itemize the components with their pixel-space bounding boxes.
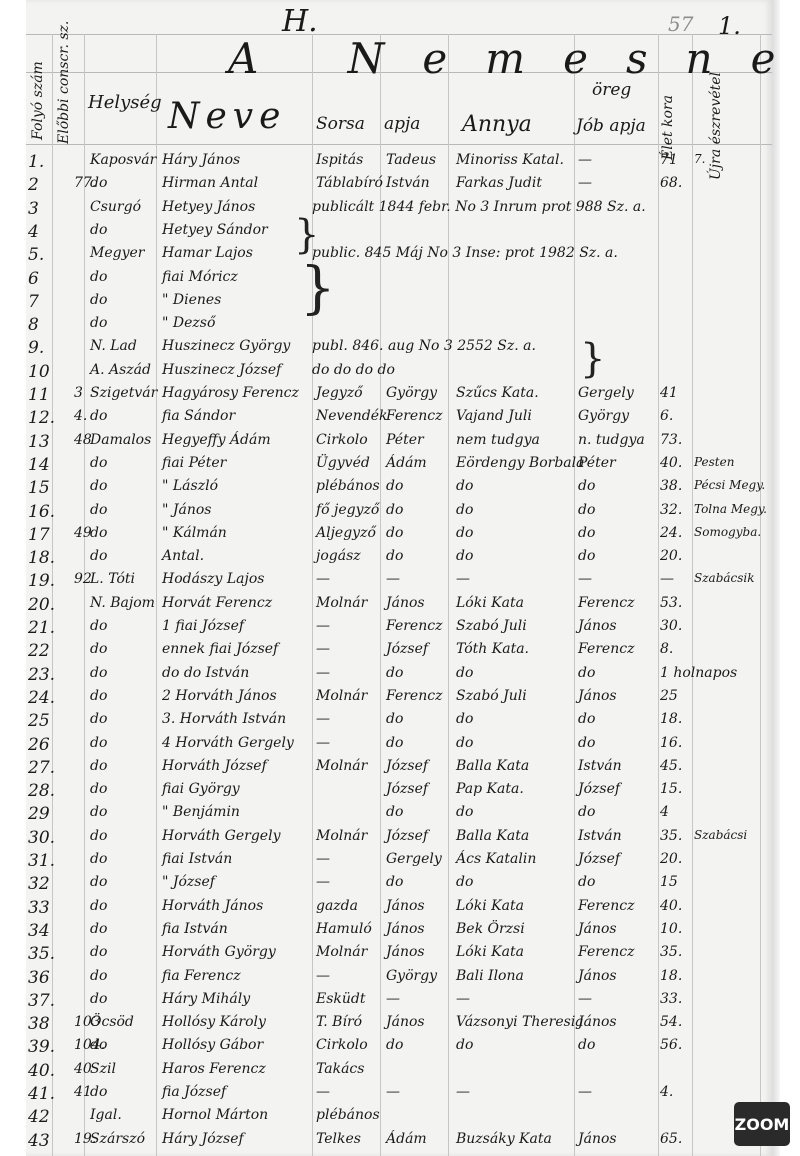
header-elobbi-conscr: Előbbi conscr. sz. — [56, 21, 72, 144]
mother-cell: nem tudgya — [456, 432, 540, 448]
row-number: 33 — [28, 898, 50, 918]
father-cell: József — [386, 781, 428, 797]
table-row: 37.doHáry MihályEsküdt———33. — [26, 991, 772, 1014]
place-cell: N. Bajom — [90, 595, 155, 611]
age-cell: 41 — [660, 385, 678, 401]
rank-cell: Cirkolo — [316, 1037, 368, 1053]
rank-cell: — — [316, 1084, 330, 1100]
table-row: 5.MegyerHamar Lajospublic. 845 Máj No 3 … — [26, 245, 772, 268]
table-row: 25do3. Horváth István—dododo18. — [26, 711, 772, 734]
row-number: 39. — [28, 1037, 55, 1057]
table-row: 41.41dofia József————4. — [26, 1084, 772, 1107]
header-anyja: Annya — [462, 112, 532, 137]
name-cell: " János — [162, 502, 211, 518]
father-cell: István — [386, 175, 430, 191]
age-cell: 4 — [660, 804, 669, 820]
rank-cell: Táblabíró — [316, 175, 383, 191]
name-cell: " Dezső — [162, 315, 215, 331]
note-cell: Szabácsi — [694, 828, 747, 842]
page-number-faint: 57 — [668, 12, 693, 36]
place-cell: do — [90, 944, 107, 960]
table-row: 32do" József—dododo15 — [26, 874, 772, 897]
header-sorsa: Sorsa — [316, 114, 365, 134]
mother-cell: do — [456, 1037, 473, 1053]
name-cell: 2 Horváth János — [162, 688, 277, 704]
table-row: 40.40SzilHaros FerenczTakács — [26, 1061, 772, 1084]
name-cell: Horvát Ferencz — [162, 595, 272, 611]
table-row: 7do" Dienes — [26, 292, 772, 315]
mother-cell: Lóki Kata — [456, 898, 524, 914]
row-number: 34 — [28, 921, 50, 941]
row-number: 43 — [28, 1131, 50, 1151]
father-cell: György — [386, 968, 437, 984]
grandfather-cell: do — [578, 478, 595, 494]
place-cell: Megyer — [90, 245, 144, 261]
father-cell: Gergely — [386, 851, 442, 867]
grandfather-cell: do — [578, 711, 595, 727]
row-number: 30. — [28, 828, 55, 848]
father-cell: do — [386, 478, 403, 494]
row-number: 14 — [28, 455, 50, 475]
place-cell: do — [90, 688, 107, 704]
note-cell: Pesten — [694, 455, 734, 469]
rank-cell: Hamuló — [316, 921, 372, 937]
age-cell: 38. — [660, 478, 682, 494]
place-cell: do — [90, 828, 107, 844]
page-edge — [772, 0, 780, 1156]
age-cell: 68. — [660, 175, 682, 191]
table-row: 22doennek fiai József—JózsefTóth Kata.Fe… — [26, 641, 772, 664]
previous-census-number: 4. — [74, 408, 87, 424]
name-cell: fiai Móricz — [162, 269, 238, 285]
name-cell: Horváth György — [162, 944, 276, 960]
rank-cell: Jegyző — [316, 385, 363, 401]
grandfather-cell: István — [578, 828, 622, 844]
father-cell: do — [386, 525, 403, 541]
grandfather-cell: Ferencz — [578, 641, 634, 657]
name-cell: Háry János — [162, 152, 240, 168]
row-number: 16. — [28, 502, 55, 522]
row-number: 11 — [28, 385, 50, 405]
father-cell: Tadeus — [386, 152, 436, 168]
row-number: 18. — [28, 548, 55, 568]
rank-cell: Ispitás — [316, 152, 363, 168]
rank-cell: — — [316, 735, 330, 751]
place-cell: A. Aszád — [90, 362, 151, 378]
age-cell: 15 — [660, 874, 678, 890]
grandfather-cell: Ferencz — [578, 595, 634, 611]
table-row: 31.dofiai István—GergelyÁcs KatalinJózse… — [26, 851, 772, 874]
father-cell: József — [386, 641, 428, 657]
zoom-watermark[interactable]: ZOOM — [734, 1102, 790, 1146]
header-apja: apja — [384, 114, 420, 134]
father-cell: — — [386, 1084, 400, 1100]
name-cell: Hagyárosy Ferencz — [162, 385, 299, 401]
rank-cell: Aljegyző — [316, 525, 376, 541]
name-cell: Hornol Márton — [162, 1107, 268, 1123]
father-cell: János — [386, 595, 425, 611]
place-cell: Szigetvár — [90, 385, 157, 401]
father-cell: József — [386, 828, 428, 844]
father-cell: József — [386, 758, 428, 774]
rank-cell: Molnár — [316, 758, 367, 774]
row-number: 15 — [28, 478, 50, 498]
place-cell: do — [90, 735, 107, 751]
table-row: 19.92L. TótiHodászy Lajos—————Szabácsik — [26, 571, 772, 594]
mother-cell: Lóki Kata — [456, 595, 524, 611]
grandfather-cell: István — [578, 758, 622, 774]
mother-cell: Szabó Juli — [456, 688, 527, 704]
place-cell: do — [90, 758, 107, 774]
place-cell: do — [90, 478, 107, 494]
name-cell: fia Sándor — [162, 408, 235, 424]
father-cell: Ferencz — [386, 688, 442, 704]
publication-note: publicált 1844 febr. No 3 Inrum prot 988… — [312, 199, 646, 215]
father-cell: do — [386, 548, 403, 564]
rank-cell: plébános — [316, 1107, 380, 1123]
name-cell: Háry Mihály — [162, 991, 250, 1007]
rank-cell: — — [316, 711, 330, 727]
rank-cell: plébános — [316, 478, 380, 494]
grandfather-cell: — — [578, 1084, 592, 1100]
grandfather-cell: Ferencz — [578, 898, 634, 914]
mother-cell: — — [456, 571, 470, 587]
rank-cell: Takács — [316, 1061, 364, 1077]
father-cell: — — [386, 571, 400, 587]
note-cell: 7. — [694, 152, 705, 166]
age-cell: 18. — [660, 968, 682, 984]
father-cell: János — [386, 898, 425, 914]
mother-cell: Lóki Kata — [456, 944, 524, 960]
row-number: 37. — [28, 991, 55, 1011]
name-cell: Horváth Gergely — [162, 828, 280, 844]
name-cell: Antal. — [162, 548, 204, 564]
place-cell: do — [90, 968, 107, 984]
place-cell: do — [90, 548, 107, 564]
mother-cell: Farkas Judit — [456, 175, 542, 191]
grandfather-cell: do — [578, 1037, 595, 1053]
row-number: 22 — [28, 641, 50, 661]
row-number: 41. — [28, 1084, 55, 1104]
note-cell: Tolna Megy. — [694, 502, 767, 516]
table-row: 8do" Dezső — [26, 315, 772, 338]
mother-cell: Bek Örzsi — [456, 921, 525, 937]
place-cell: Szil — [90, 1061, 116, 1077]
table-row: 35.doHorváth GyörgyMolnárJánosLóki KataF… — [26, 944, 772, 967]
table-row: 30.doHorváth GergelyMolnárJózsefBalla Ka… — [26, 828, 772, 851]
row-number: 35. — [28, 944, 55, 964]
place-cell: do — [90, 921, 107, 937]
grandfather-cell: n. tudgya — [578, 432, 645, 448]
mother-cell: do — [456, 525, 473, 541]
row-number: 2 — [28, 175, 39, 195]
name-cell: 1 fiai József — [162, 618, 244, 634]
row-number: 29 — [28, 804, 50, 824]
table-row: 23.dodo do István—dododo1 holnapos — [26, 665, 772, 688]
age-cell: 35. — [660, 944, 682, 960]
rank-cell: — — [316, 665, 330, 681]
grandfather-cell: János — [578, 968, 617, 984]
name-cell: Haros Ferencz — [162, 1061, 266, 1077]
row-number: 10 — [28, 362, 50, 382]
mother-cell: do — [456, 548, 473, 564]
mother-cell: Szabó Juli — [456, 618, 527, 634]
previous-census-number: 3 — [74, 385, 83, 401]
name-cell: " Benjámin — [162, 804, 240, 820]
row-number: 21. — [28, 618, 55, 638]
age-cell: 32. — [660, 502, 682, 518]
row-number: 9. — [28, 338, 44, 358]
father-cell: do — [386, 735, 403, 751]
place-cell: do — [90, 991, 107, 1007]
place-cell: do — [90, 1084, 107, 1100]
table-row: 28.dofiai GyörgyJózsefPap Kata.József15. — [26, 781, 772, 804]
place-cell: L. Tóti — [90, 571, 135, 587]
grandfather-cell: János — [578, 618, 617, 634]
grandfather-cell: György — [578, 408, 629, 424]
age-cell: 15. — [660, 781, 682, 797]
table-row: 29do" Benjámindododo4 — [26, 804, 772, 827]
rank-cell: Nevendék — [316, 408, 387, 424]
row-number: 7 — [28, 292, 39, 312]
age-cell: 33. — [660, 991, 682, 1007]
row-number: 24. — [28, 688, 55, 708]
row-number: 38 — [28, 1014, 50, 1034]
grandfather-cell: do — [578, 525, 595, 541]
rank-cell: — — [316, 571, 330, 587]
age-cell: 40. — [660, 898, 682, 914]
rank-cell: Molnár — [316, 944, 367, 960]
row-number: 6 — [28, 269, 39, 289]
table-row: 1348DamalosHegyeffy ÁdámCirkoloPéternem … — [26, 432, 772, 455]
mother-cell: — — [456, 991, 470, 1007]
age-cell: 1 holnapos — [660, 665, 737, 681]
rank-cell: — — [316, 851, 330, 867]
row-number: 32 — [28, 874, 50, 894]
mother-cell: do — [456, 478, 473, 494]
father-cell: György — [386, 385, 437, 401]
age-cell: 45. — [660, 758, 682, 774]
name-cell: fia Ferencz — [162, 968, 241, 984]
place-cell: do — [90, 408, 107, 424]
table-row: 1.KaposvárHáry JánosIspitásTadeusMinoris… — [26, 152, 772, 175]
name-cell: fiai György — [162, 781, 240, 797]
place-cell: do — [90, 222, 107, 238]
grandfather-cell: József — [578, 851, 620, 867]
grandfather-cell: Péter — [578, 455, 616, 471]
age-cell: 56. — [660, 1037, 682, 1053]
place-cell: do — [90, 455, 107, 471]
age-cell: — — [660, 571, 674, 587]
father-cell: Ádám — [386, 1131, 427, 1147]
row-number: 1. — [28, 152, 44, 172]
name-cell: " József — [162, 874, 215, 890]
father-cell: János — [386, 921, 425, 937]
row-number: 42 — [28, 1107, 50, 1127]
place-cell: do — [90, 641, 107, 657]
mother-cell: do — [456, 711, 473, 727]
rank-cell: Telkes — [316, 1131, 361, 1147]
age-cell: 18. — [660, 711, 682, 727]
mother-cell: Balla Kata — [456, 828, 529, 844]
publication-note: public. 845 Máj No 3 Inse: prot 1982 Sz.… — [312, 245, 618, 261]
name-cell: Hegyeffy Ádám — [162, 432, 271, 448]
mother-cell: do — [456, 874, 473, 890]
row-number: 3 — [28, 199, 39, 219]
age-cell: 71 — [660, 152, 678, 168]
header-folyo-szam: Folyó szám — [30, 61, 46, 140]
grandfather-cell: — — [578, 175, 592, 191]
row-number: 26 — [28, 735, 50, 755]
grandfather-cell: — — [578, 571, 592, 587]
row-number: 28. — [28, 781, 55, 801]
grandfather-cell: do — [578, 665, 595, 681]
name-cell: Hodászy Lajos — [162, 571, 264, 587]
name-cell: " Kálmán — [162, 525, 227, 541]
place-cell: do — [90, 851, 107, 867]
age-cell: 4. — [660, 1084, 673, 1100]
grandfather-cell: János — [578, 1131, 617, 1147]
rank-cell: Molnár — [316, 828, 367, 844]
place-cell: Igal. — [90, 1107, 122, 1123]
name-cell: Horváth János — [162, 898, 263, 914]
rank-cell: — — [316, 641, 330, 657]
age-cell: 35. — [660, 828, 682, 844]
row-number: 40. — [28, 1061, 55, 1081]
grandfather-cell: — — [578, 152, 592, 168]
mother-cell: Ács Katalin — [456, 851, 536, 867]
father-cell: do — [386, 804, 403, 820]
rank-cell: — — [316, 874, 330, 890]
table-row: 113SzigetvárHagyárosy FerenczJegyzőGyörg… — [26, 385, 772, 408]
place-cell: do — [90, 618, 107, 634]
place-cell: do — [90, 665, 107, 681]
father-cell: János — [386, 1014, 425, 1030]
mother-cell: do — [456, 735, 473, 751]
row-number: 4 — [28, 222, 39, 242]
grandfather-cell: János — [578, 1014, 617, 1030]
grandfather-cell: do — [578, 735, 595, 751]
place-cell: do — [90, 292, 107, 308]
place-cell: do — [90, 269, 107, 285]
row-number: 31. — [28, 851, 55, 871]
age-cell: 6. — [660, 408, 673, 424]
mother-cell: Tóth Kata. — [456, 641, 529, 657]
table-row: 42Igal.Hornol Mártonplébános — [26, 1107, 772, 1130]
rank-cell: — — [316, 968, 330, 984]
row-number: 25 — [28, 711, 50, 731]
grandfather-cell: János — [578, 688, 617, 704]
place-cell: do — [90, 1037, 107, 1053]
header-helyseg: Helység — [88, 92, 162, 113]
rank-cell: Esküdt — [316, 991, 366, 1007]
grandfather-cell: József — [578, 781, 620, 797]
place-cell: do — [90, 874, 107, 890]
place-cell: Szárszó — [90, 1131, 145, 1147]
place-cell: Csurgó — [90, 199, 141, 215]
age-cell: 25 — [660, 688, 678, 704]
name-cell: Hetyey Sándor — [162, 222, 268, 238]
father-cell: Péter — [386, 432, 424, 448]
age-cell: 20. — [660, 851, 682, 867]
age-cell: 20. — [660, 548, 682, 564]
table-row: 39.104.doHollósy GáborCirkolodododo56. — [26, 1037, 772, 1060]
table-row: 33doHorváth JánosgazdaJánosLóki KataFere… — [26, 898, 772, 921]
place-cell: do — [90, 175, 107, 191]
mother-cell: Balla Kata — [456, 758, 529, 774]
row-number: 5. — [28, 245, 44, 265]
age-cell: 40. — [660, 455, 682, 471]
name-cell: 4 Horváth Gergely — [162, 735, 294, 751]
mother-cell: Eördengy Borbala — [456, 455, 584, 471]
row-number: 36 — [28, 968, 50, 988]
row-number: 23. — [28, 665, 55, 685]
place-cell: do — [90, 898, 107, 914]
rank-cell: Molnár — [316, 688, 367, 704]
grandfather-cell: Ferencz — [578, 944, 634, 960]
note-cell: Szabácsik — [694, 571, 755, 585]
rank-cell: Cirkolo — [316, 432, 368, 448]
table-row: 1749do" KálmánAljegyződododo24.Somogyba. — [26, 525, 772, 548]
table-row: 12.4.dofia SándorNevendékFerenczVajand J… — [26, 408, 772, 431]
table-row: 14dofiai PéterÜgyvédÁdámEördengy Borbala… — [26, 455, 772, 478]
table-row: 24.do2 Horváth JánosMolnárFerenczSzabó J… — [26, 688, 772, 711]
father-cell: Ferencz — [386, 408, 442, 424]
name-cell: 3. Horváth István — [162, 711, 286, 727]
note-cell: Pécsi Megy. — [694, 478, 765, 492]
name-cell: ennek fiai József — [162, 641, 278, 657]
age-cell: 53. — [660, 595, 682, 611]
name-cell: Hollósy Gábor — [162, 1037, 263, 1053]
age-cell: 54. — [660, 1014, 682, 1030]
father-cell: Ádám — [386, 455, 427, 471]
grandfather-cell: do — [578, 874, 595, 890]
place-cell: do — [90, 502, 107, 518]
father-cell: do — [386, 1037, 403, 1053]
rank-cell: T. Bíró — [316, 1014, 362, 1030]
place-cell: do — [90, 711, 107, 727]
mother-cell: do — [456, 804, 473, 820]
row-number: 12. — [28, 408, 55, 428]
rank-cell: Ügyvéd — [316, 455, 370, 471]
table-row: 16.do" Jánosfő jegyződododo32.Tolna Megy… — [26, 502, 772, 525]
father-cell: — — [386, 991, 400, 1007]
table-row: 21.do1 fiai József—FerenczSzabó JuliJáno… — [26, 618, 772, 641]
name-cell: fiai István — [162, 851, 232, 867]
table-row: 10A. AszádHuszinecz Józsefdo do do do — [26, 362, 772, 385]
mother-cell: do — [456, 502, 473, 518]
place-cell: Damalos — [90, 432, 151, 448]
mother-cell: Szűcs Kata. — [456, 385, 539, 401]
name-cell: fia József — [162, 1084, 226, 1100]
table-row: 4319.SzárszóHáry JózsefTelkesÁdámBuzsáky… — [26, 1131, 772, 1154]
name-cell: Hamar Lajos — [162, 245, 253, 261]
age-cell: 24. — [660, 525, 682, 541]
row-number: 19. — [28, 571, 55, 591]
table-row: 27.doHorváth JózsefMolnárJózsefBalla Kat… — [26, 758, 772, 781]
name-cell: " Dienes — [162, 292, 221, 308]
table-row: 36dofia Ferencz—GyörgyBali IlonaJános18. — [26, 968, 772, 991]
table-row: 38103ÖcsödHollósy KárolyT. BíróJánosVázs… — [26, 1014, 772, 1037]
header-neve: Neve — [168, 96, 286, 137]
publication-note: do do do do — [312, 362, 395, 378]
name-cell: Hetyey János — [162, 199, 255, 215]
header-job-apja: Jób apja — [576, 116, 646, 136]
rank-cell: gazda — [316, 898, 358, 914]
mother-cell: Vázsonyi Theresia — [456, 1014, 584, 1030]
age-cell: 30. — [660, 618, 682, 634]
place-cell: do — [90, 781, 107, 797]
